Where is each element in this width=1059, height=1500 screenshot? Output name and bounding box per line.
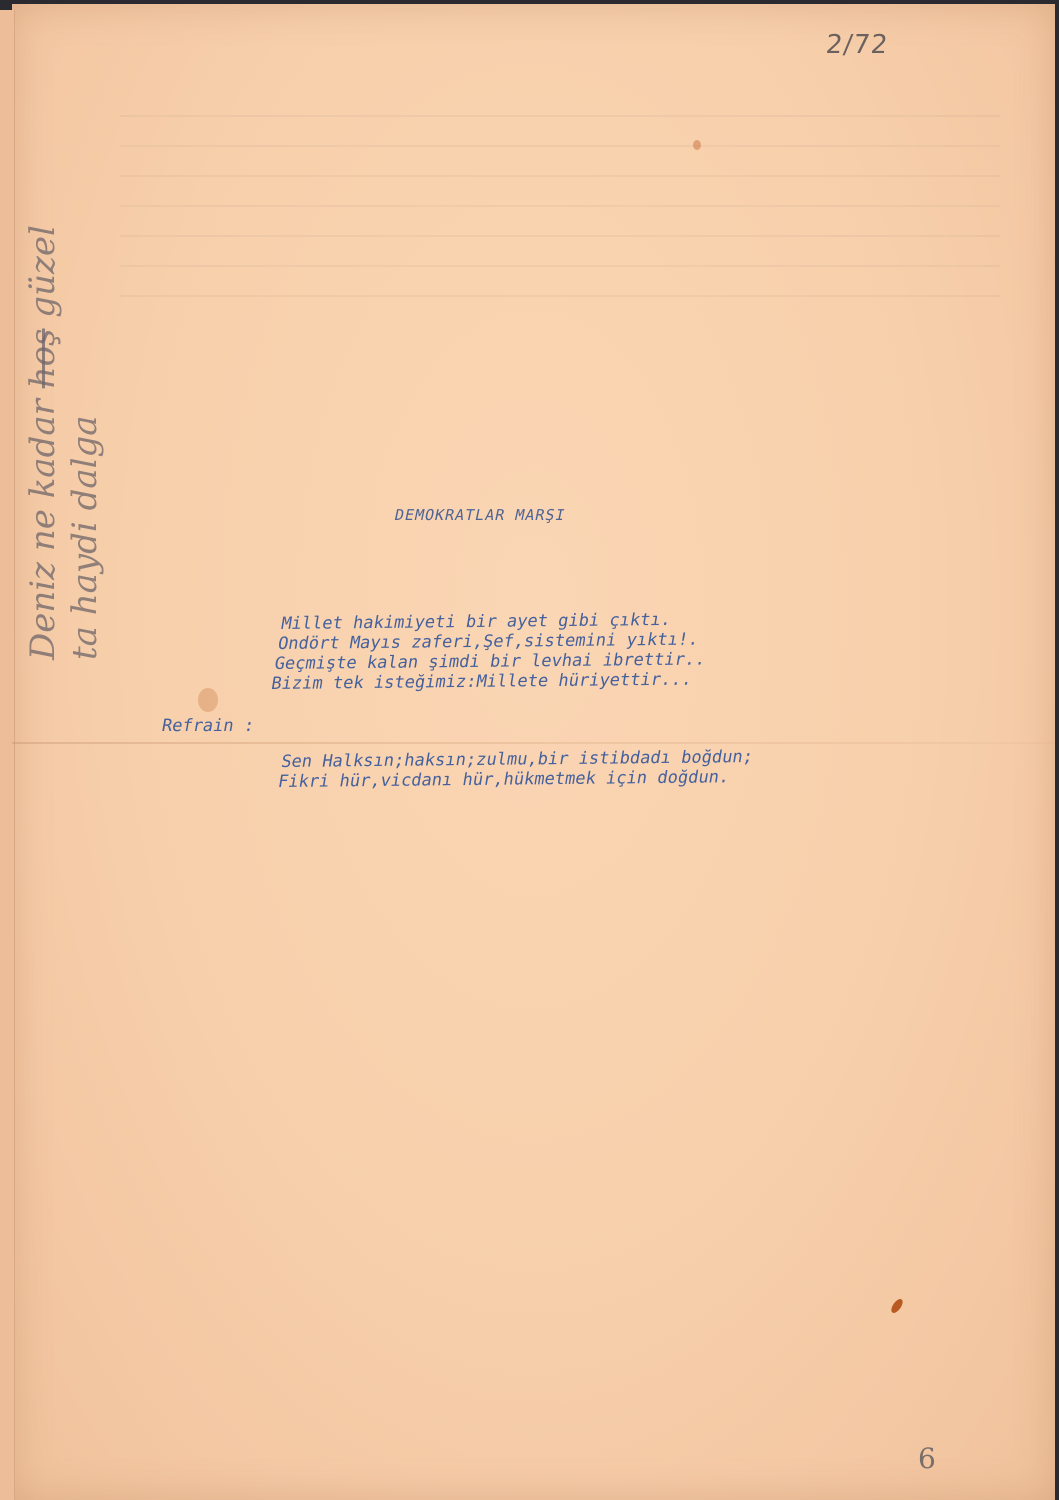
- corner-handwritten-mark: 6: [918, 1442, 936, 1475]
- page-number: 2/72: [824, 30, 890, 60]
- refrain-block: Sen Halksın;haksın;zulmu,bir istibdadı b…: [276, 747, 754, 792]
- margin-note-line-1: Deniz ne kadar hoş güzel: [22, 60, 64, 660]
- margin-note-line-2: ta haydi dalga: [64, 60, 106, 660]
- handwritten-margin-note: Deniz ne kadar hoş güzel ta haydi dalga: [22, 60, 106, 660]
- struck-word: hoş: [23, 329, 63, 389]
- document-title: DEMOKRATLAR MARŞI: [393, 506, 567, 524]
- page-fold-line: [12, 742, 1055, 744]
- page-edge: [0, 10, 15, 1500]
- stain: [198, 688, 218, 712]
- refrain-label: Refrain :: [160, 716, 256, 736]
- bleed-through-texture: [120, 95, 1000, 325]
- verse-block: Millet hakimiyeti bir ayet gibi çıktı. O…: [270, 609, 714, 693]
- stain: [693, 140, 701, 150]
